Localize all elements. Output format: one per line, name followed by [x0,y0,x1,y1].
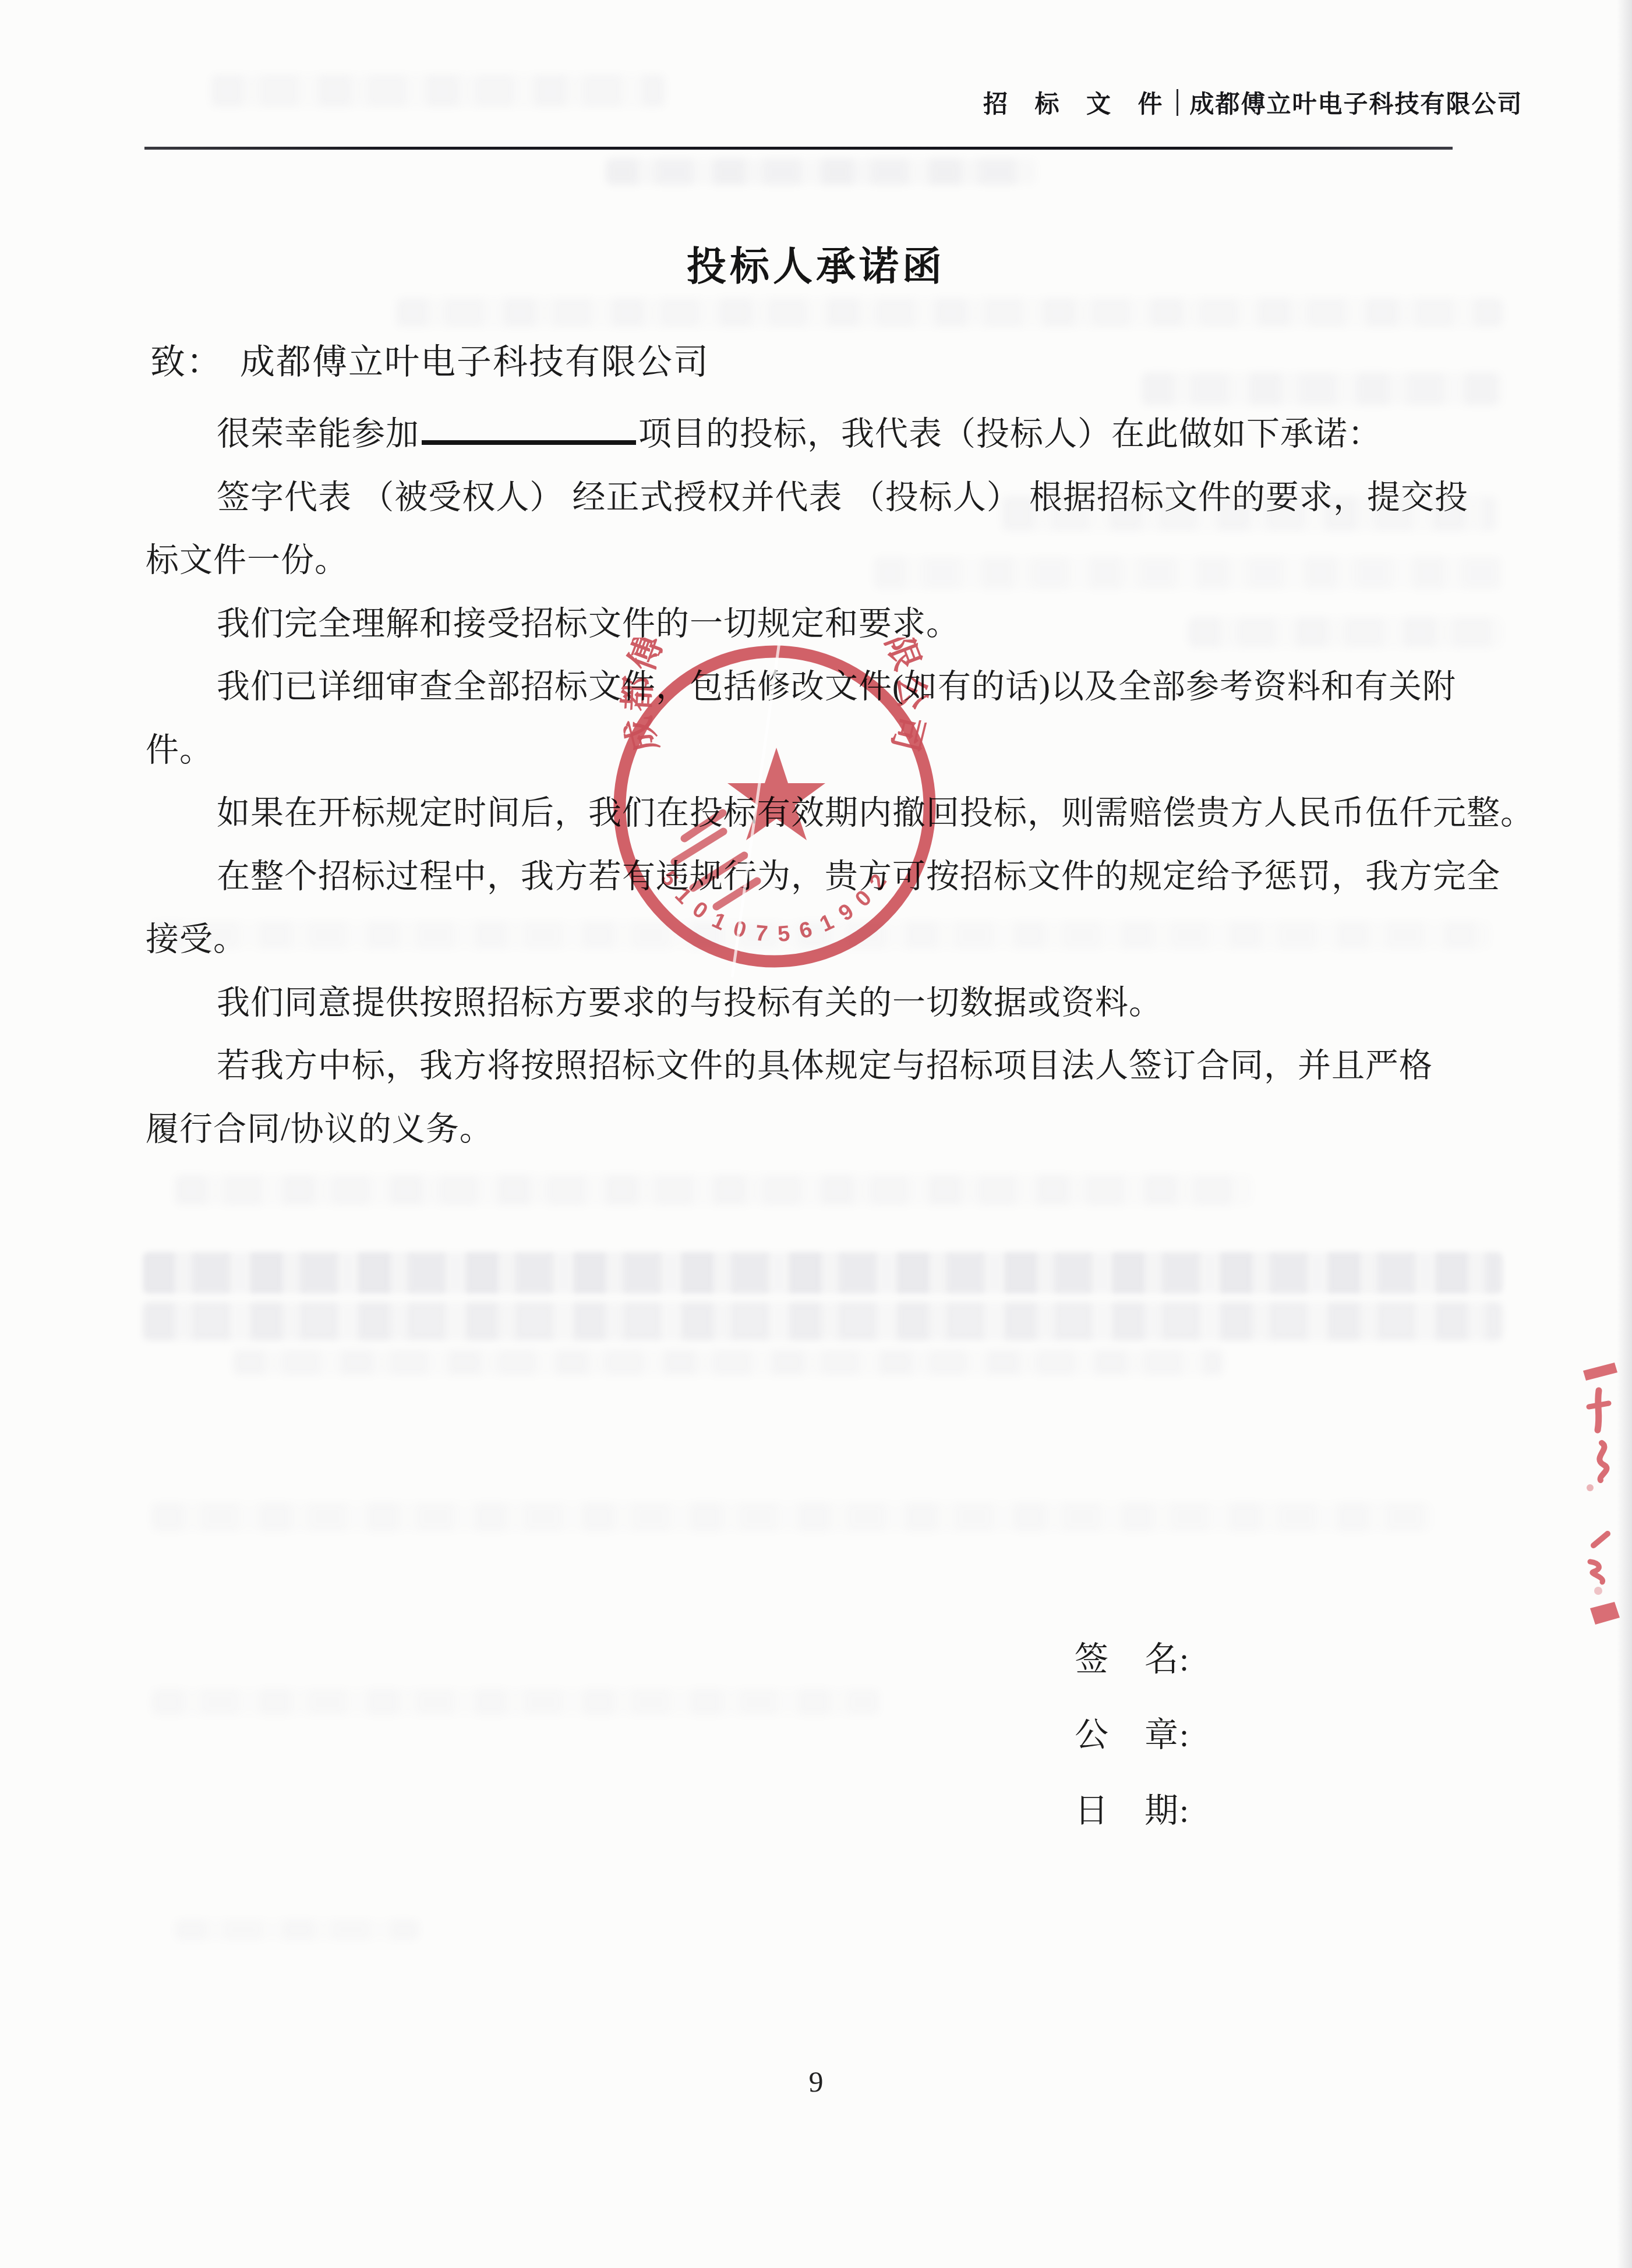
line-text: 接受。 [146,921,247,958]
line-text: 若我方中标，我方将按照招标文件的具体规定与招标项目法人签订合同，并且严格 [217,1048,1433,1084]
blank-underline [422,410,636,445]
red-margin-marks [1567,1357,1632,1496]
bleedthrough-artifact [151,1689,879,1715]
body-line: 我们同意提供按照招标方要求的与投标有关的一切数据或资料。 [146,972,1574,1035]
company-seal-stamp: 成都傅立叶电子科技有限公司 510107561902 [606,638,944,975]
page-edge-shadow [1617,0,1632,2268]
line-text: 项目的投标，我代表（投标人）在此做如下承诺： [638,416,1382,452]
body-line: 签字代表 （被受权人） 经正式授权并代表 （投标人） 根据招标文件的要求，提交投 [146,466,1574,530]
signature-block: 签 名: 公 章: 日 期: [1075,1622,1190,1849]
line-text: 很荣幸能参加 [217,416,419,452]
body-line: 很荣幸能参加项目的投标，我代表（投标人）在此做如下承诺： [146,403,1574,466]
bleedthrough-artifact [175,1919,419,1940]
salutation-label: 致： [150,343,222,381]
body-line: 履行合同/协议的义务。 [146,1098,1574,1162]
scanned-tender-document-page: { "document": { "header": { "doc_type": … [0,0,1632,2268]
bleedthrough-artifact [143,1252,1503,1294]
header-company-name: 成都傅立叶电子科技有限公司 [1190,85,1523,120]
bleedthrough-artifact [606,158,1037,185]
signature-date-label: 日 期: [1075,1773,1190,1849]
bleedthrough-artifact [233,1350,1223,1375]
bleedthrough-artifact [1142,373,1503,405]
bleedthrough-artifact [175,1175,1252,1205]
line-text: 我们完全理解和接受招标文件的一切规定和要求。 [217,606,960,642]
header-doc-type: 招 标 文 件 [983,85,1173,120]
line-text: 履行合同/协议的义务。 [146,1111,493,1148]
red-margin-marks [1567,1526,1632,1642]
page-number: 9 [0,2065,1632,2099]
signature-name-label: 签 名: [1075,1622,1190,1697]
seal-star-icon [727,748,825,840]
line-text: 我们同意提供按照招标方要求的与投标有关的一切数据或资料。 [217,985,1163,1021]
bleedthrough-artifact [143,1302,1503,1340]
header-rule [144,147,1453,150]
salutation-line: 致：成都傅立叶电子科技有限公司 [150,334,709,384]
header-divider [1177,89,1178,116]
line-text: 签字代表 （被受权人） 经正式授权并代表 （投标人） 根据招标文件的要求，提交投 [217,479,1468,516]
line-text: 件。 [146,732,213,769]
signature-seal-label: 公 章: [1075,1697,1190,1773]
page-header: 招 标 文 件 成都傅立叶电子科技有限公司 [983,87,1523,118]
bleedthrough-artifact [396,298,1503,327]
body-line: 标文件一份。 [146,529,1574,593]
bleedthrough-artifact [151,1502,1433,1531]
body-line: 若我方中标，我方将按照招标文件的具体规定与招标项目法人签订合同，并且严格 [146,1035,1574,1098]
bleedthrough-artifact [211,75,665,107]
salutation-recipient: 成都傅立叶电子科技有限公司 [240,343,709,381]
line-text: 标文件一份。 [146,542,348,579]
document-title: 投标人承诺函 [0,235,1632,292]
